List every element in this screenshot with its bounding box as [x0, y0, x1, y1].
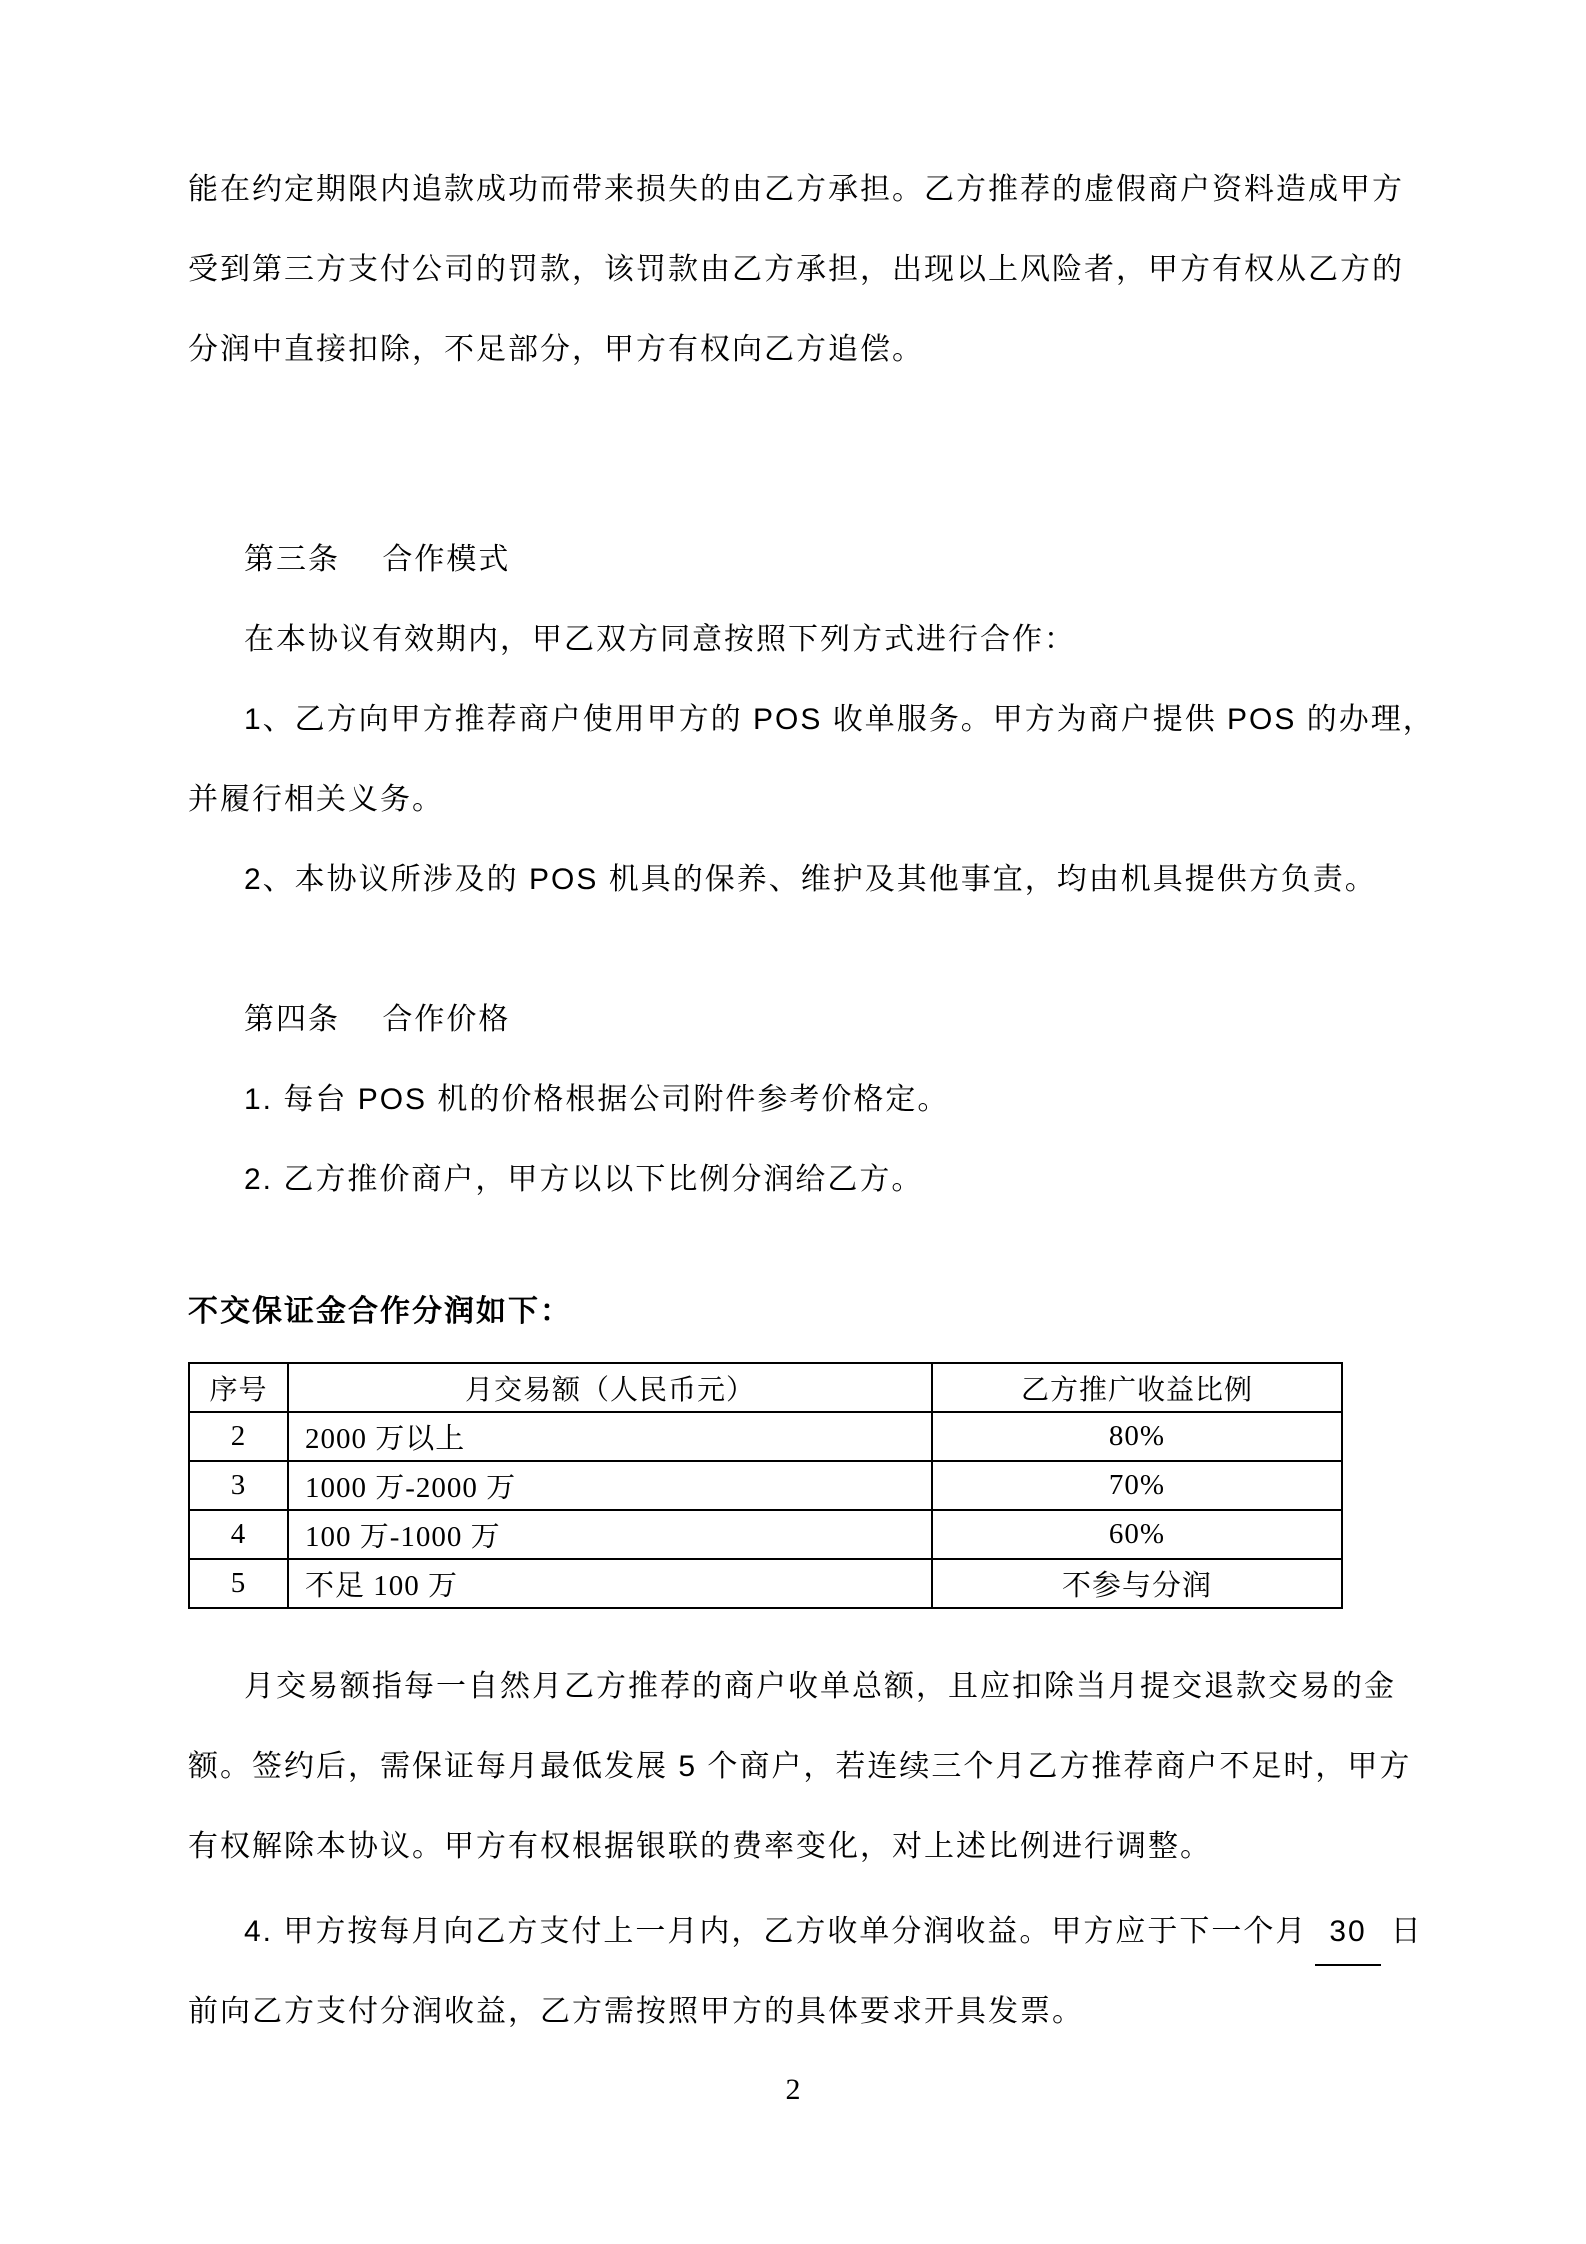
- table-cell-index: 4: [189, 1510, 288, 1559]
- paragraph-continuation: 能在约定期限内追款成功而带来损失的由乙方承担。乙方推荐的虚假商户资料造成甲方 受…: [188, 150, 1586, 390]
- table-cell-volume: 2000 万以上: [288, 1412, 932, 1461]
- text-line: 2、本协议所涉及的 POS 机具的保养、维护及其他事宜，均由机具提供方负责。: [188, 840, 1586, 920]
- table-header-row: 序号 月交易额（人民币元） 乙方推广收益比例: [189, 1363, 1342, 1412]
- table-cell-volume: 100 万-1000 万: [288, 1510, 932, 1559]
- text-line: 额。签约后，需保证每月最低发展 5 个商户，若连续三个月乙方推荐商户不足时，甲方: [188, 1727, 1586, 1807]
- profit-table-heading: 不交保证金合作分润如下：: [188, 1272, 1586, 1352]
- table-cell-ratio: 60%: [932, 1510, 1342, 1559]
- page-number: 2: [0, 2070, 1586, 2110]
- text-line: 前向乙方支付分润收益，乙方需按照甲方的具体要求开具发票。: [188, 1972, 1586, 2052]
- table-header-index: 序号: [189, 1363, 288, 1412]
- section4-title: 第四条 合作价格: [188, 980, 1586, 1060]
- table-row: 3 1000 万-2000 万 70%: [189, 1461, 1342, 1510]
- text-line: 在本协议有效期内，甲乙双方同意按照下列方式进行合作：: [188, 600, 1586, 680]
- text-line: 有权解除本协议。甲方有权根据银联的费率变化，对上述比例进行调整。: [188, 1807, 1586, 1887]
- paragraph-payment-terms: 4. 甲方按每月向乙方支付上一月内，乙方收单分润收益。甲方应于下一个月30日 前…: [188, 1892, 1586, 2052]
- table-cell-ratio: 80%: [932, 1412, 1342, 1461]
- table-row: 5 不足 100 万 不参与分润: [189, 1559, 1342, 1608]
- section4-body: 1. 每台 POS 机的价格根据公司附件参考价格定。 2. 乙方推价商户，甲方以…: [188, 1060, 1586, 1220]
- text-line: 能在约定期限内追款成功而带来损失的由乙方承担。乙方推荐的虚假商户资料造成甲方: [188, 150, 1586, 230]
- profit-share-table: 序号 月交易额（人民币元） 乙方推广收益比例 2 2000 万以上 80% 3 …: [188, 1362, 1343, 1609]
- table-header-volume: 月交易额（人民币元）: [288, 1363, 932, 1412]
- payment-text-before: 4. 甲方按每月向乙方支付上一月内，乙方收单分润收益。甲方应于下一个月: [244, 1915, 1307, 1948]
- table-cell-index: 2: [189, 1412, 288, 1461]
- table-cell-index: 5: [189, 1559, 288, 1608]
- table-cell-volume: 1000 万-2000 万: [288, 1461, 932, 1510]
- text-line: 1. 每台 POS 机的价格根据公司附件参考价格定。: [188, 1060, 1586, 1140]
- section3-body: 在本协议有效期内，甲乙双方同意按照下列方式进行合作： 1、乙方向甲方推荐商户使用…: [188, 600, 1586, 920]
- text-line: 1、乙方向甲方推荐商户使用甲方的 POS 收单服务。甲方为商户提供 POS 的办…: [188, 680, 1586, 760]
- text-line: 4. 甲方按每月向乙方支付上一月内，乙方收单分润收益。甲方应于下一个月30日: [188, 1892, 1586, 1972]
- contract-page: 能在约定期限内追款成功而带来损失的由乙方承担。乙方推荐的虚假商户资料造成甲方 受…: [0, 0, 1586, 2244]
- table-cell-ratio: 不参与分润: [932, 1559, 1342, 1608]
- paragraph-monthly-volume: 月交易额指每一自然月乙方推荐的商户收单总额，且应扣除当月提交退款交易的金 额。签…: [188, 1647, 1586, 1887]
- table-cell-ratio: 70%: [932, 1461, 1342, 1510]
- payment-text-after: 日: [1391, 1915, 1423, 1948]
- table-cell-volume: 不足 100 万: [288, 1559, 932, 1608]
- text-line: 分润中直接扣除，不足部分，甲方有权向乙方追偿。: [188, 310, 1586, 390]
- table-cell-index: 3: [189, 1461, 288, 1510]
- table-row: 4 100 万-1000 万 60%: [189, 1510, 1342, 1559]
- text-line: 2. 乙方推价商户，甲方以以下比例分润给乙方。: [188, 1140, 1586, 1220]
- section3-title: 第三条 合作模式: [188, 520, 1586, 600]
- text-line: 并履行相关义务。: [188, 760, 1586, 840]
- table-header-ratio: 乙方推广收益比例: [932, 1363, 1342, 1412]
- text-line: 月交易额指每一自然月乙方推荐的商户收单总额，且应扣除当月提交退款交易的金: [188, 1647, 1586, 1727]
- text-line: 受到第三方支付公司的罚款，该罚款由乙方承担，出现以上风险者，甲方有权从乙方的: [188, 230, 1586, 310]
- payment-day-blank: 30: [1315, 1900, 1380, 1966]
- table-row: 2 2000 万以上 80%: [189, 1412, 1342, 1461]
